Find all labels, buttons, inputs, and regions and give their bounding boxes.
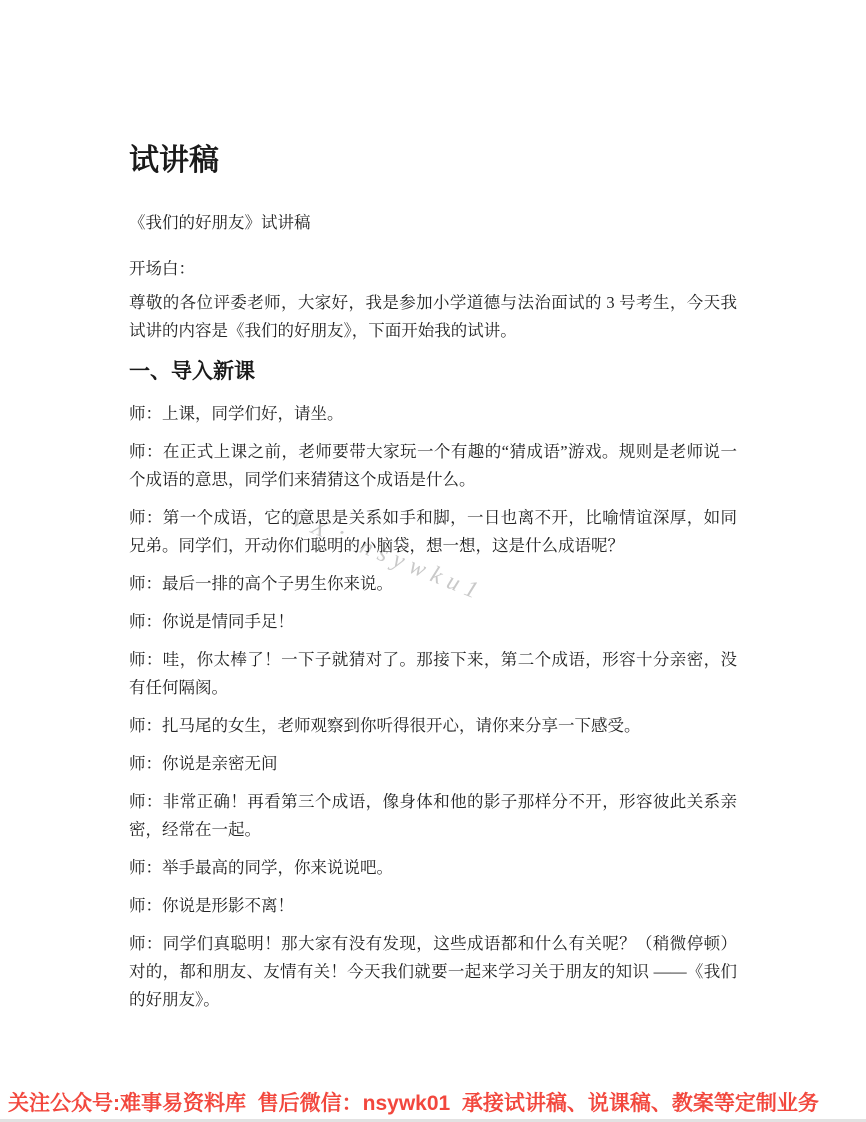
dialogue-paragraph: 师：你说是亲密无间 [129, 750, 737, 778]
section-heading-lead-in: 一、导入新课 [129, 359, 737, 385]
dialogue-paragraph: 师：第一个成语，它的意思是关系如手和脚，一日也离不开，比喻情谊深厚，如同兄弟。同… [129, 504, 737, 560]
document-title: 试讲稿 [129, 143, 737, 179]
dialogue-paragraph: 师：你说是形影不离！ [129, 892, 737, 920]
dialogue-paragraph: 师：扎马尾的女生，老师观察到你听得很开心，请你来分享一下感受。 [129, 712, 737, 740]
dialogue-paragraph: 师：上课，同学们好，请坐。 [129, 400, 737, 428]
dialogue-paragraph: 师：举手最高的同学，你来说说吧。 [129, 854, 737, 882]
document-page: VX：nsywku1 试讲稿 《我们的好朋友》试讲稿 开场白： 尊敬的各位评委老… [0, 0, 866, 1122]
dialogue-paragraph: 师：在正式上课之前，老师要带大家玩一个有趣的“猜成语”游戏。规则是老师说一个成语… [129, 438, 737, 494]
promo-footer-banner: 关注公众号:难事易资料库 售后微信：nsywk01 承接试讲稿、说课稿、教案等定… [8, 1087, 866, 1117]
opening-remarks-paragraph: 尊敬的各位评委老师，大家好，我是参加小学道德与法治面试的 3 号考生，今天我试讲… [129, 289, 737, 345]
dialogue-paragraph: 师：同学们真聪明！那大家有没有发现，这些成语都和什么有关呢？（稍微停顿）对的，都… [129, 930, 737, 1014]
document-subtitle: 《我们的好朋友》试讲稿 [129, 209, 737, 237]
document-body: 试讲稿 《我们的好朋友》试讲稿 开场白： 尊敬的各位评委老师，大家好，我是参加小… [0, 0, 866, 1014]
dialogue-paragraph: 师：你说是情同手足！ [129, 608, 737, 636]
dialogue-paragraph: 师：非常正确！再看第三个成语，像身体和他的影子那样分不开，形容彼此关系亲密，经常… [129, 788, 737, 844]
opening-remarks-label: 开场白： [129, 255, 737, 283]
dialogue-paragraph: 师：最后一排的高个子男生你来说。 [129, 570, 737, 598]
dialogue-paragraph: 师：哇，你太棒了！一下子就猜对了。那接下来，第二个成语，形容十分亲密，没有任何隔… [129, 646, 737, 702]
